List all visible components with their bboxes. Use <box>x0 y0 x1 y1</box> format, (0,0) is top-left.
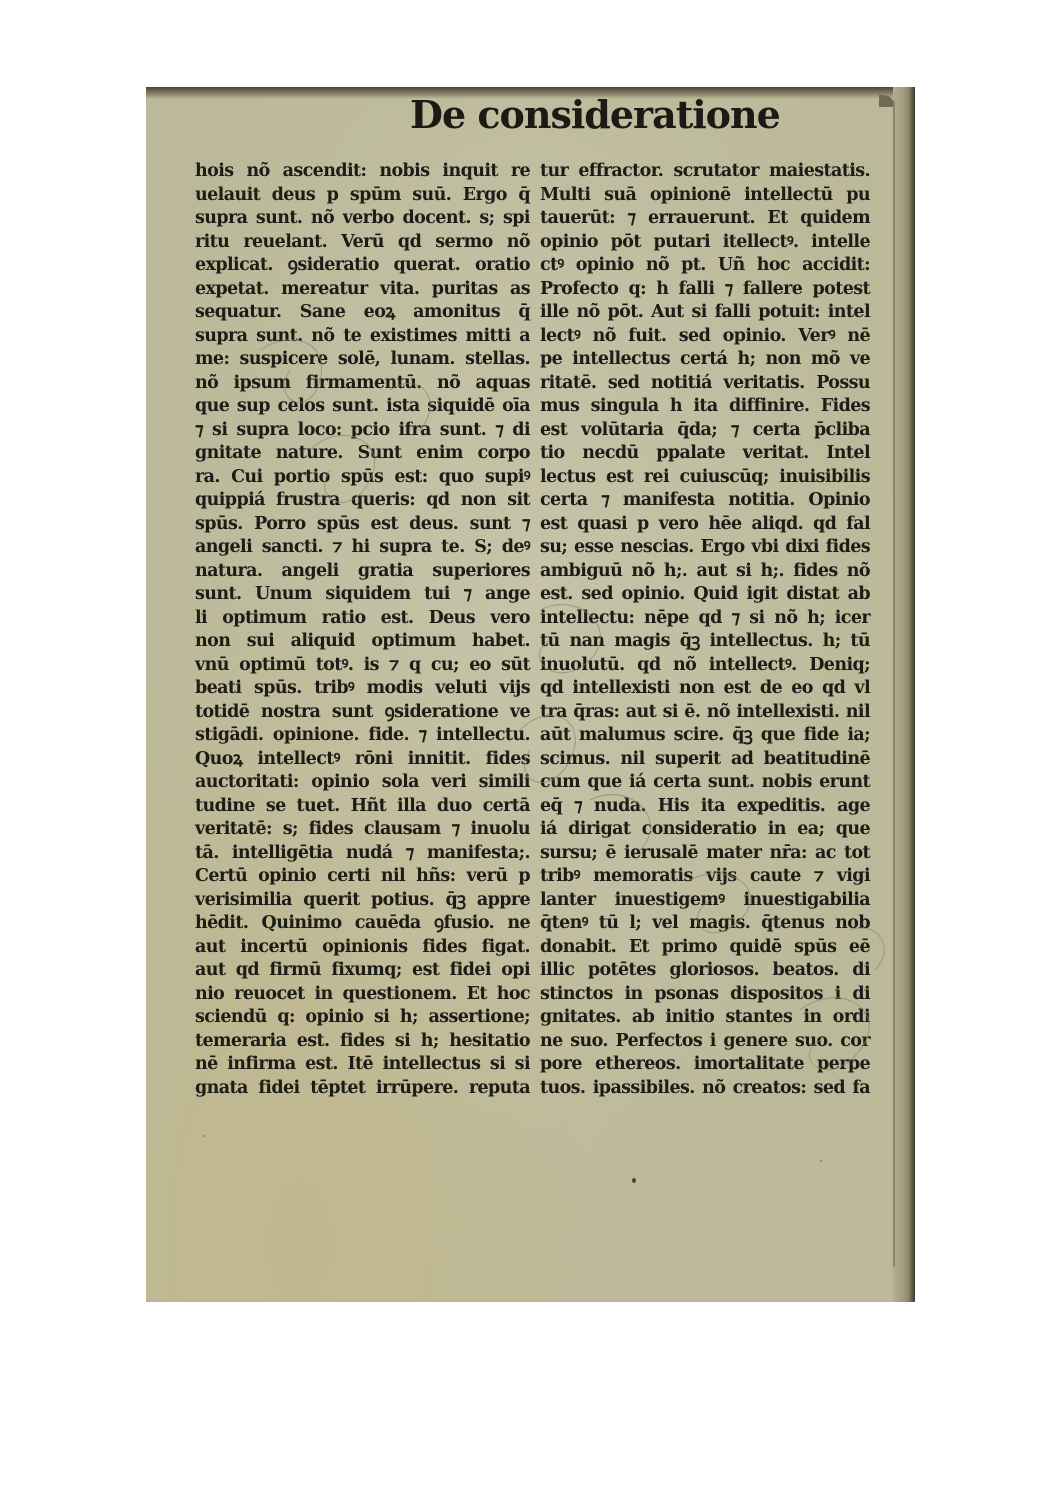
text-line: ctꝰ opinio nõ pt. Uñ hoc accidit: <box>540 254 870 278</box>
text-line: nio reuocet in questionem. Et hoc <box>195 983 530 1007</box>
text-line: Certū opinio certi nil hñs: verū p <box>195 865 530 889</box>
text-line: gnitates. ab initio stantes in ordi <box>540 1006 870 1030</box>
text-line: ille nõ pōt. Aut si falli potuit: intel <box>540 301 870 325</box>
text-line: aut qd firmū fixumq; est fidei opi <box>195 959 530 983</box>
text-line: me: suspicere solē, lunam. stellas. <box>195 348 530 372</box>
text-line: supra sunt. nõ verbo docent. s; spi <box>195 207 530 231</box>
text-line: gnitate nature. Sunt enim corpo <box>195 442 530 466</box>
text-line: expetat. mereatur vita. puritas as <box>195 278 530 302</box>
text-line: cum que iá certa sunt. nobis erunt <box>540 771 870 795</box>
text-line: lectus est rei cuiuscūq; inuisibilis <box>540 466 870 490</box>
text-line: tur effractor. scrutator maiestatis. <box>540 160 870 184</box>
text-line: ne suo. Perfectos i genere suo. cor <box>540 1030 870 1054</box>
text-line: gnata fidei tēptet irrūpere. reputa <box>195 1077 530 1101</box>
text-line: q̄tenꝰ tū l; vel magis. q̄tenus nob <box>540 912 870 936</box>
ink-speck <box>632 1178 636 1183</box>
text-line: ritu reuelant. Verū qd sermo nõ <box>195 231 530 255</box>
text-line: tudine se tuet. Hñt illa duo certā <box>195 795 530 819</box>
text-line: certa ⁊ manifesta notitia. Opinio <box>540 489 870 513</box>
text-line: nē infirma est. Itē intellectus si si <box>195 1053 530 1077</box>
text-line: tauerūt: ⁊ errauerunt. Et quidem <box>540 207 870 231</box>
text-line: tū nan magis q̄ꝫ intellectus. h; tū <box>540 630 870 654</box>
text-line: supra sunt. nõ te existimes mitti a <box>195 325 530 349</box>
text-line: sciendū q: opinio si h; assertione; <box>195 1006 530 1030</box>
text-line: sunt. Unum siquidem tui ⁊ ange <box>195 583 530 607</box>
text-line: vnū optimū totꝰ. is ⁊ q cu; eo sūt <box>195 654 530 678</box>
text-line: natura. angeli gratia superiores <box>195 560 530 584</box>
text-line: opinio pōt putari itellectꝰ. intelle <box>540 231 870 255</box>
text-line: tribꝰ memoratis vijs caute ⁊ vigi <box>540 865 870 889</box>
text-line: nõ ipsum firmamentū. nõ aquas <box>195 372 530 396</box>
text-line: explicat. ꝯsideratio querat. oratio <box>195 254 530 278</box>
text-line: tuos. ipassibiles. nõ creatos: sed fa <box>540 1077 870 1101</box>
text-line: qd intellexisti non est de eo qd vl <box>540 677 870 701</box>
text-line: su; esse nescias. Ergo vbi dixi fides <box>540 536 870 560</box>
text-column-left: hois nõ ascendit: nobis inquit reuelauit… <box>195 160 535 1100</box>
ink-speck <box>203 1135 205 1137</box>
text-line: pe intellectus certá h; non mõ ve <box>540 348 870 372</box>
text-line: ⁊ si supra loco: pcio ifra sunt. ⁊ di <box>195 419 530 443</box>
text-line: li optimum ratio est. Deus vero <box>195 607 530 631</box>
text-column-right: tur effractor. scrutator maiestatis.Mult… <box>540 160 875 1100</box>
text-line: pore ethereos. imortalitate perpe <box>540 1053 870 1077</box>
text-line: hēdit. Quinimo cauēda ꝯfusio. ne <box>195 912 530 936</box>
text-line: ra. Cui portio spūs est: quo supiꝰ <box>195 466 530 490</box>
text-line: eq̄ ⁊ nuda. His ita expeditis. age <box>540 795 870 819</box>
text-line: tra q̄ras: aut si ē. nõ intellexisti. ni… <box>540 701 870 725</box>
page-fore-edge <box>893 87 915 1302</box>
running-head: De consideratione <box>410 92 780 137</box>
text-line: intellectu: nēpe qd ⁊ si nõ h; icer <box>540 607 870 631</box>
text-line: auctoritati: opinio sola veri simili <box>195 771 530 795</box>
text-line: tā. intelligētia nudá ⁊ manifesta;. <box>195 842 530 866</box>
text-line: ritatē. sed notitiá veritatis. Possu <box>540 372 870 396</box>
text-line: uelauit deus p spūm suū. Ergo q̄ <box>195 184 530 208</box>
text-line: Profecto q: h falli ⁊ fallere potest <box>540 278 870 302</box>
text-line: tio necdū ppalate veritat. Intel <box>540 442 870 466</box>
text-line: scimus. nil superit ad beatitudinē <box>540 748 870 772</box>
text-line: non sui aliquid optimum habet. <box>195 630 530 654</box>
text-line: temeraria est. fides si h; hesitatio <box>195 1030 530 1054</box>
text-line: Quoꝝ intellectꝰ rōni innitit. fides <box>195 748 530 772</box>
text-line: veritatē: s; fides clausam ⁊ inuolu <box>195 818 530 842</box>
text-line: donabit. Et primo quidē spūs eē <box>540 936 870 960</box>
text-line: angeli sancti. ⁊ hi supra te. S; deꝰ <box>195 536 530 560</box>
text-line: sequatur. Sane eoꝝ amonitus q̄ <box>195 301 530 325</box>
text-line: que sup celos sunt. ista siquidē oīa <box>195 395 530 419</box>
ink-speck <box>820 1160 822 1162</box>
text-line: beati spūs. tribꝰ modis veluti vijs <box>195 677 530 701</box>
text-line: lanter inuestigemꝰ inuestigabilia <box>540 889 870 913</box>
text-line: quippiá frustra queris: qd non sit <box>195 489 530 513</box>
text-line: est. sed opinio. Quid igit distat ab <box>540 583 870 607</box>
text-line: spūs. Porro spūs est deus. sunt ⁊ <box>195 513 530 537</box>
text-line: verisimilia querit potius. q̄ꝫ appre <box>195 889 530 913</box>
text-line: est volūtaria q̄da; ⁊ certa p̄cliba <box>540 419 870 443</box>
text-line: Multi suā opinionē intellectū pu <box>540 184 870 208</box>
text-line: iá dirigat consideratio in ea; que <box>540 818 870 842</box>
text-line: hois nõ ascendit: nobis inquit re <box>195 160 530 184</box>
text-line: aut incertū opinionis fides figat. <box>195 936 530 960</box>
text-line: inuolutū. qd nõ intellectꝰ. Deniq; <box>540 654 870 678</box>
text-line: sursu; ē ierusalē mater nr̄a: ac tot <box>540 842 870 866</box>
text-line: mus singula h ita diffinire. Fides <box>540 395 870 419</box>
text-line: aūt malumus scire. q̄ꝫ que fide ia; <box>540 724 870 748</box>
text-line: est quasi p vero hēe aliqd. qd fal <box>540 513 870 537</box>
text-line: stinctos in psonas dispositos i di <box>540 983 870 1007</box>
text-line: lectꝰ nõ fuit. sed opinio. Verꝰ nē <box>540 325 870 349</box>
text-line: ambiguū nõ h;. aut si h;. fides nõ <box>540 560 870 584</box>
text-line: stigādi. opinione. fide. ⁊ intellectu. <box>195 724 530 748</box>
text-line: illic potētes gloriosos. beatos. di <box>540 959 870 983</box>
text-line: totidē nostra sunt ꝯsideratione ve <box>195 701 530 725</box>
